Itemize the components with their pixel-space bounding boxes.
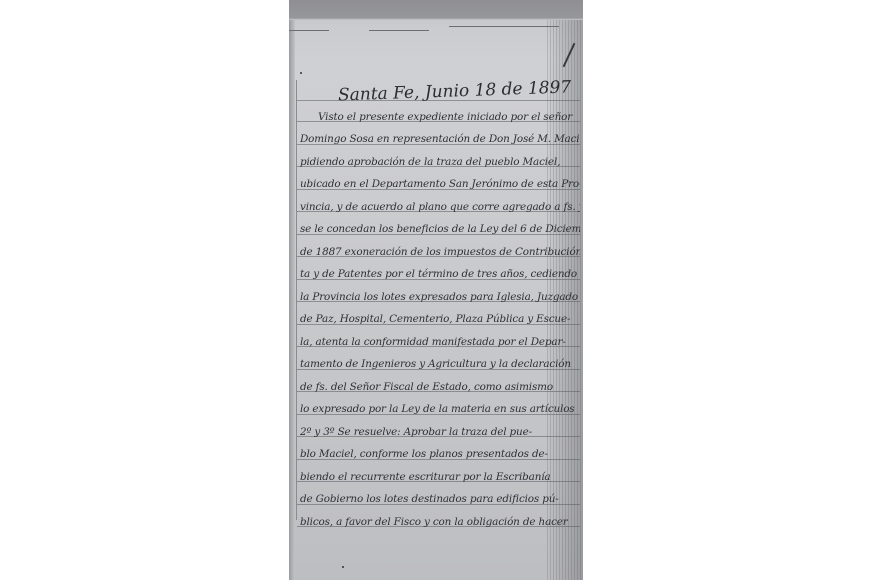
manuscript-line: se le concedan los beneficios de la Ley … [300, 222, 580, 236]
left-margin-line [296, 80, 297, 520]
manuscript-line: vincia, y de acuerdo al plano que corre … [300, 200, 580, 214]
manuscript-line: de 1887 exoneración de los impuestos de … [300, 245, 580, 259]
manuscript-line-resolution: 2º y 3º Se resuelve: Aprobar la traza de… [300, 425, 580, 439]
page-left-shadow [289, 20, 295, 580]
manuscript-line: blicos, a favor del Fisco y con la oblig… [300, 515, 580, 529]
manuscript-line: biendo el recurrente escriturar por la E… [300, 470, 580, 484]
page-top-rule [369, 30, 429, 31]
ink-dot [300, 72, 302, 74]
manuscript-line: de Gobierno los lotes destinados para ed… [300, 492, 580, 506]
manuscript-line: Domingo Sosa en representación de Don Jo… [300, 132, 580, 146]
manuscript-line: blo Maciel, conforme los planos presenta… [300, 447, 580, 461]
ruled-line [297, 100, 580, 101]
page-top-rule [449, 26, 559, 27]
manuscript-line: de Paz, Hospital, Cementerio, Plaza Públ… [300, 312, 580, 326]
ink-dot [342, 566, 344, 568]
manuscript-line: pidiendo aprobación de la traza del pueb… [300, 155, 580, 169]
manuscript-line: tamento de Ingenieros y Agricultura y la… [300, 357, 580, 371]
manuscript-line: lo expresado por la Ley de la materia en… [300, 402, 580, 416]
page-top-rule [289, 30, 329, 31]
manuscript-line: ubicado en el Departamento San Jerónimo … [300, 177, 580, 191]
manuscript-line: ta y de Patentes por el término de tres … [300, 267, 580, 281]
manuscript-line: la, atenta la conformidad manifestada po… [300, 335, 580, 349]
manuscript-line: de fs. del Señor Fiscal de Estado, como … [300, 380, 580, 394]
manuscript-line: Visto el presente expediente iniciado po… [318, 110, 580, 124]
manuscript-line: la Provincia los lotes expresados para I… [300, 290, 580, 304]
